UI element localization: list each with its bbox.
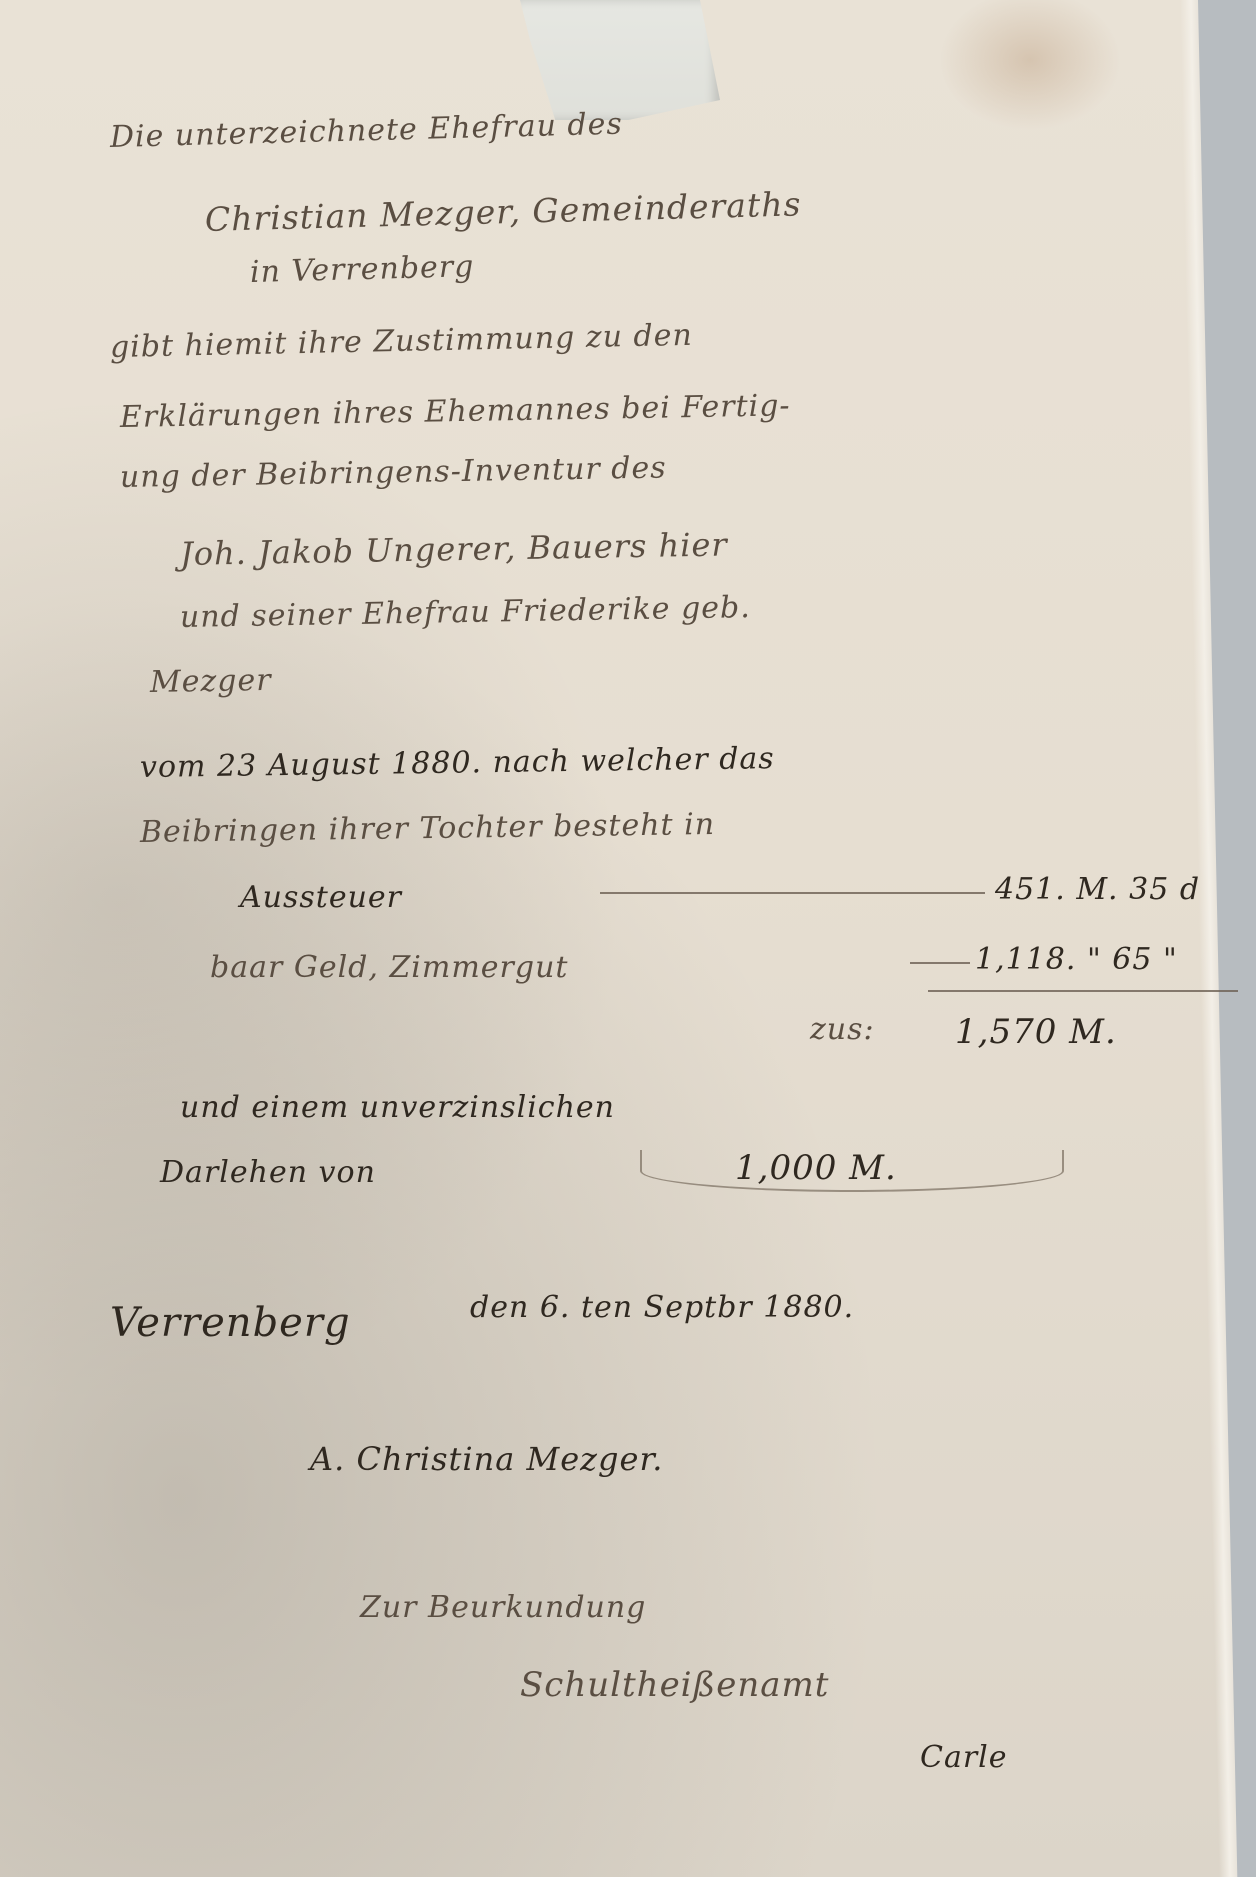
- ledger-amount-2: 1,118. " 65 ": [975, 942, 1178, 977]
- signature: A. Christina Mezger.: [310, 1440, 663, 1478]
- date: den 6. ten Septbr 1880.: [470, 1290, 854, 1325]
- attestation-line-2: Schultheißenamt: [520, 1665, 829, 1705]
- ledger-leader-1: [600, 892, 985, 894]
- ledger-label-1: Aussteuer: [240, 880, 402, 915]
- total-amount: 1,570 M.: [955, 1012, 1117, 1052]
- paper-cutout: [520, 0, 720, 120]
- ledger-amount-1: 451. M. 35 d: [995, 872, 1200, 907]
- ledger-leader-2: [910, 962, 970, 964]
- flourish: [640, 1150, 1064, 1192]
- closing-line-2: Darlehen von: [160, 1155, 376, 1190]
- attestation-signer: Carle: [920, 1740, 1008, 1775]
- closing-line-1: und einem unverzinslichen: [180, 1090, 615, 1125]
- attestation-line-1: Zur Beurkundung: [360, 1590, 646, 1625]
- text-line-3: in Verrenberg: [250, 249, 475, 290]
- ledger-label-2: baar Geld, Zimmergut: [210, 950, 568, 985]
- text-line-9: Mezger: [150, 663, 272, 700]
- place: Verrenberg: [110, 1300, 351, 1346]
- sum-rule: [928, 990, 1238, 992]
- total-label: zus:: [810, 1012, 875, 1047]
